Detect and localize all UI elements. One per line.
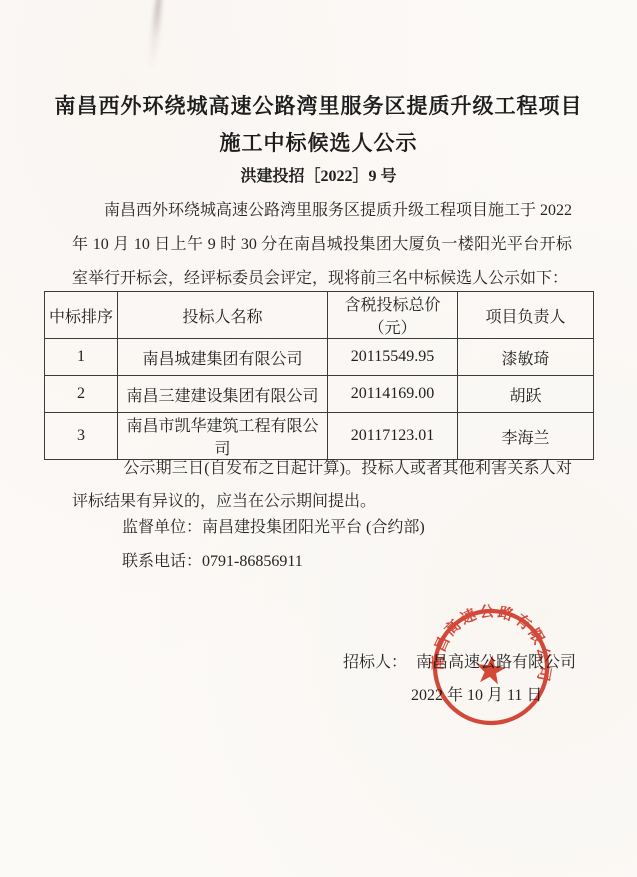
table-row: 1 南昌城建集团有限公司 20115549.95 漆敏琦 [45, 339, 594, 376]
bidder-signature-line: 招标人：南昌高速公路有限公司 [343, 649, 576, 672]
supervisor-line: 监督单位：南昌建投集团阳光平台 (合约部) [122, 514, 425, 537]
scanned-document-page: 南昌西外环绕城高速公路湾里服务区提质升级工程项目 施工中标候选人公示 洪建投招［… [0, 0, 637, 877]
cell-manager: 胡跃 [458, 376, 594, 413]
header-rank: 中标排序 [45, 292, 118, 339]
table-row: 2 南昌三建建设集团有限公司 20114169.00 胡跃 [45, 376, 594, 413]
cell-rank: 1 [45, 339, 118, 376]
header-bidder: 投标人名称 [118, 292, 328, 339]
cell-price: 20115549.95 [328, 339, 458, 376]
scan-smudge-artifact [148, 0, 163, 70]
document-title-line2: 施工中标候选人公示 [0, 127, 637, 157]
document-number: 洪建投招［2022］9 号 [0, 163, 637, 186]
cell-bidder: 南昌城建集团有限公司 [118, 339, 328, 376]
bidder-name: 南昌高速公路有限公司 [416, 654, 576, 671]
cell-manager: 漆敏琦 [458, 339, 594, 376]
header-manager: 项目负责人 [458, 292, 594, 339]
table-header-row: 中标排序 投标人名称 含税投标总价（元） 项目负责人 [45, 292, 594, 339]
cell-bidder: 南昌三建建设集团有限公司 [118, 376, 328, 413]
header-price: 含税投标总价（元） [328, 292, 458, 339]
phone-line: 联系电话：0791-86856911 [122, 548, 303, 571]
cell-rank: 2 [45, 376, 118, 413]
seal-company-text: 南昌高速公路有限公司 [427, 598, 560, 685]
bid-candidates-table: 中标排序 投标人名称 含税投标总价（元） 项目负责人 1 南昌城建集团有限公司 … [44, 291, 594, 460]
signature-date: 2022 年 10 月 11 日 [411, 682, 542, 705]
cell-price: 20114169.00 [328, 376, 458, 413]
document-title-line1: 南昌西外环绕城高速公路湾里服务区提质升级工程项目 [0, 90, 637, 120]
intro-paragraph: 南昌西外环绕城高速公路湾里服务区提质升级工程项目施工于 2022 年 10 月 … [72, 194, 572, 296]
bidder-label: 招标人： [343, 654, 407, 671]
notice-paragraph: 公示期三日(自发布之日起计算)。投标人或者其他利害关系人对评标结果有异议的，应当… [72, 452, 572, 518]
